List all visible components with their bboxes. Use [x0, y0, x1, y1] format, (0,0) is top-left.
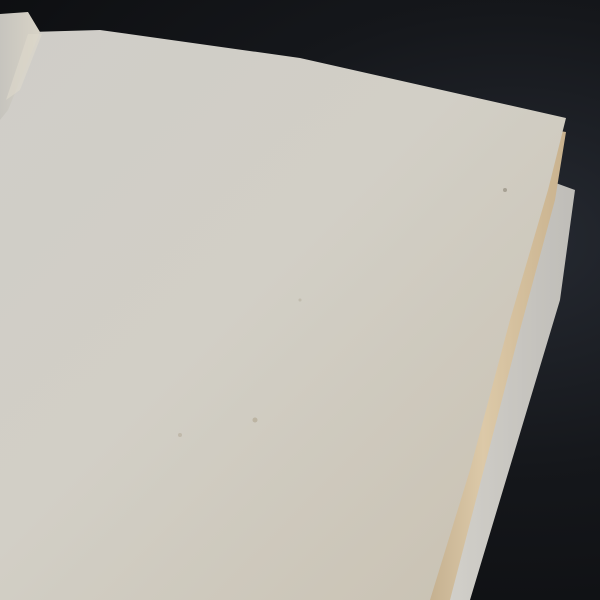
foxing-spot	[503, 188, 507, 192]
photo-scene	[0, 0, 600, 600]
book-illustration	[0, 0, 600, 600]
foxing-spot	[178, 433, 182, 437]
foxing-spot	[253, 418, 258, 423]
foxing-spot	[299, 299, 302, 302]
